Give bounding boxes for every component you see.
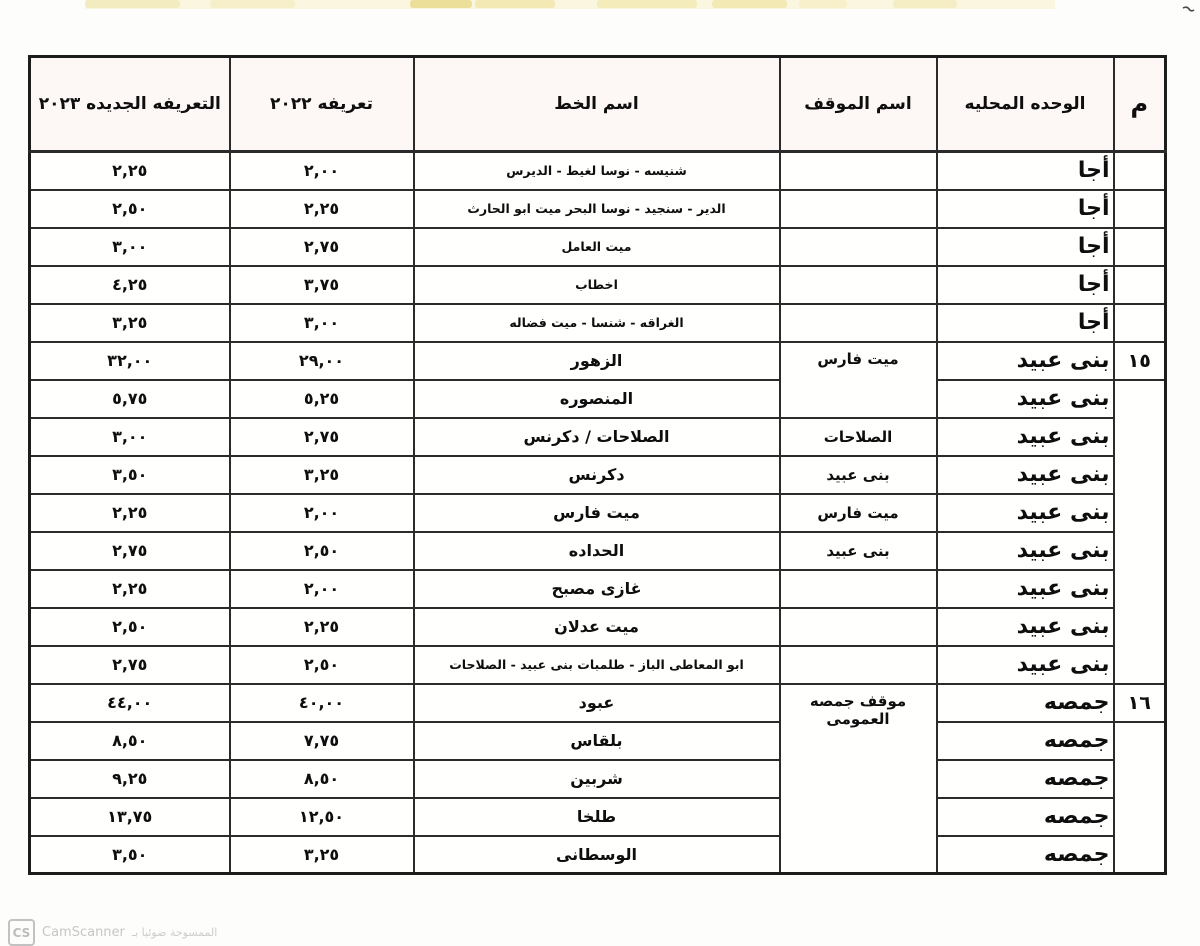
cell-line: غازى مصبح bbox=[414, 570, 780, 608]
highlight-blob bbox=[210, 0, 295, 8]
cell-unit: بنى عبيد bbox=[937, 608, 1114, 646]
cell-tariff-2022: ٢,٠٠ bbox=[230, 570, 414, 608]
cell-tariff-2023: ٢,٢٥ bbox=[30, 152, 230, 190]
cell-unit: بنى عبيد bbox=[937, 570, 1114, 608]
cell-tariff-2023: ٣,٠٠ bbox=[30, 228, 230, 266]
cell-tariff-2022: ٢٩,٠٠ bbox=[230, 342, 414, 380]
cell-unit: بنى عبيد bbox=[937, 342, 1114, 380]
cell-line: ابو المعاطى الباز - طلمبات بنى عبيد - ال… bbox=[414, 646, 780, 684]
cell-tariff-2023: ٢,٢٥ bbox=[30, 570, 230, 608]
cell-tariff-2022: ٢,٥٠ bbox=[230, 646, 414, 684]
table-row: جمصه الوسطانى ٣,٢٥ ٣,٥٠ bbox=[30, 836, 1166, 874]
cell-tariff-2023: ٨,٥٠ bbox=[30, 722, 230, 760]
cell-tariff-2023: ١٣,٧٥ bbox=[30, 798, 230, 836]
cell-stop bbox=[780, 608, 937, 646]
cell-line: دكرنس bbox=[414, 456, 780, 494]
header-row-number: م bbox=[1114, 57, 1166, 152]
cell-stop: بنى عبيد bbox=[780, 456, 937, 494]
cell-line: ميت فارس bbox=[414, 494, 780, 532]
cell-row-number bbox=[1114, 152, 1166, 190]
cell-tariff-2022: ١٢,٥٠ bbox=[230, 798, 414, 836]
cell-tariff-2023: ٤,٢٥ bbox=[30, 266, 230, 304]
header-local-unit: الوحده المحليه bbox=[937, 57, 1114, 152]
cell-unit: جمصه bbox=[937, 836, 1114, 874]
cell-tariff-2023: ٣,٥٠ bbox=[30, 836, 230, 874]
cell-stop: بنى عبيد bbox=[780, 532, 937, 570]
highlight-blob bbox=[410, 0, 472, 8]
cell-tariff-2022: ٢,٢٥ bbox=[230, 608, 414, 646]
cell-tariff-2022: ٤٠,٠٠ bbox=[230, 684, 414, 722]
cell-line: ميت عدلان bbox=[414, 608, 780, 646]
table-row: جمصه طلخا ١٢,٥٠ ١٣,٧٥ bbox=[30, 798, 1166, 836]
camscanner-arabic-label: الممسوحة ضوئيا بـ bbox=[132, 926, 217, 939]
highlight-blob bbox=[712, 0, 787, 8]
cell-tariff-2023: ٣٢,٠٠ bbox=[30, 342, 230, 380]
cell-stop bbox=[780, 304, 937, 342]
highlight-blob bbox=[475, 0, 555, 8]
table-row: جمصه بلقاس ٧,٧٥ ٨,٥٠ bbox=[30, 722, 1166, 760]
cell-stop bbox=[780, 646, 937, 684]
cell-unit: أجا bbox=[937, 152, 1114, 190]
cell-line: ميت العامل bbox=[414, 228, 780, 266]
cell-line: شربين bbox=[414, 760, 780, 798]
cell-unit: جمصه bbox=[937, 722, 1114, 760]
table-row: جمصه شربين ٨,٥٠ ٩,٢٥ bbox=[30, 760, 1166, 798]
cell-line: الغراقه - شنسا - ميت فضاله bbox=[414, 304, 780, 342]
table-row: بنى عبيد غازى مصبح ٢,٠٠ ٢,٢٥ bbox=[30, 570, 1166, 608]
cell-line: الوسطانى bbox=[414, 836, 780, 874]
highlight-strip bbox=[85, 0, 1055, 9]
cell-tariff-2023: ٩,٢٥ bbox=[30, 760, 230, 798]
cell-tariff-2023: ٥,٧٥ bbox=[30, 380, 230, 418]
cell-tariff-2022: ٣,٢٥ bbox=[230, 456, 414, 494]
cell-unit: بنى عبيد bbox=[937, 532, 1114, 570]
cell-tariff-2022: ٧,٧٥ bbox=[230, 722, 414, 760]
header-row: م الوحده المحليه اسم الموقف اسم الخط تعر… bbox=[30, 57, 1166, 152]
cell-tariff-2022: ٨,٥٠ bbox=[230, 760, 414, 798]
highlight-blob bbox=[893, 0, 957, 8]
tariff-table: م الوحده المحليه اسم الموقف اسم الخط تعر… bbox=[28, 55, 1167, 875]
table-row: بنى عبيد بنى عبيد دكرنس ٣,٢٥ ٣,٥٠ bbox=[30, 456, 1166, 494]
cell-line: الدير - سنجيد - نوسا البحر ميت ابو الحار… bbox=[414, 190, 780, 228]
cell-tariff-2023: ٣,٢٥ bbox=[30, 304, 230, 342]
cell-tariff-2023: ٢,٧٥ bbox=[30, 646, 230, 684]
cell-row-number-merged bbox=[1114, 722, 1166, 874]
highlight-blob bbox=[799, 0, 847, 8]
table-row: أجا شنيسه - نوسا لغيط - الديرس ٢,٠٠ ٢,٢٥ bbox=[30, 152, 1166, 190]
cell-unit: أجا bbox=[937, 228, 1114, 266]
cell-unit: بنى عبيد bbox=[937, 494, 1114, 532]
table-row: بنى عبيد ميت فارس ميت فارس ٢,٠٠ ٢,٢٥ bbox=[30, 494, 1166, 532]
cell-tariff-2023: ٢,٢٥ bbox=[30, 494, 230, 532]
cell-tariff-2022: ٥,٢٥ bbox=[230, 380, 414, 418]
cell-unit: جمصه bbox=[937, 684, 1114, 722]
cell-unit: جمصه bbox=[937, 760, 1114, 798]
highlight-blob bbox=[85, 0, 180, 8]
camscanner-watermark: CS CamScanner الممسوحة ضوئيا بـ bbox=[8, 919, 217, 946]
cell-tariff-2022: ٢,٠٠ bbox=[230, 494, 414, 532]
cell-tariff-2022: ٢,٢٥ bbox=[230, 190, 414, 228]
cell-unit: أجا bbox=[937, 190, 1114, 228]
cell-line: اخطاب bbox=[414, 266, 780, 304]
cell-line: الحداده bbox=[414, 532, 780, 570]
cell-row-number bbox=[1114, 228, 1166, 266]
cell-stop bbox=[780, 152, 937, 190]
cell-stop bbox=[780, 228, 937, 266]
cell-tariff-2023: ٢,٧٥ bbox=[30, 532, 230, 570]
cell-line: بلقاس bbox=[414, 722, 780, 760]
table-row: أجا الدير - سنجيد - نوسا البحر ميت ابو ا… bbox=[30, 190, 1166, 228]
cell-tariff-2022: ٣,٢٥ bbox=[230, 836, 414, 874]
cell-tariff-2022: ٢,٥٠ bbox=[230, 532, 414, 570]
cell-stop: ميت فارس bbox=[780, 342, 937, 418]
table-row: أجا الغراقه - شنسا - ميت فضاله ٣,٠٠ ٣,٢٥ bbox=[30, 304, 1166, 342]
cell-line: عبود bbox=[414, 684, 780, 722]
cell-tariff-2023: ٢,٥٠ bbox=[30, 190, 230, 228]
cell-tariff-2022: ٢,٠٠ bbox=[230, 152, 414, 190]
cell-stop: الصلاحات bbox=[780, 418, 937, 456]
cell-tariff-2022: ٢,٧٥ bbox=[230, 228, 414, 266]
cell-unit: أجا bbox=[937, 266, 1114, 304]
cell-row-number: ١٥ bbox=[1114, 342, 1166, 380]
cell-unit: بنى عبيد bbox=[937, 380, 1114, 418]
cell-row-number bbox=[1114, 190, 1166, 228]
table-row: بنى عبيد الصلاحات الصلاحات / دكرنس ٢,٧٥ … bbox=[30, 418, 1166, 456]
cell-stop: ميت فارس bbox=[780, 494, 937, 532]
header-tariff-2023: التعريفه الجديده ٢٠٢٣ bbox=[30, 57, 230, 152]
cell-tariff-2023: ٢,٥٠ bbox=[30, 608, 230, 646]
table-row: بنى عبيد ميت عدلان ٢,٢٥ ٢,٥٠ bbox=[30, 608, 1166, 646]
cell-line: المنصوره bbox=[414, 380, 780, 418]
cell-row-number-merged bbox=[1114, 380, 1166, 684]
cell-line: الصلاحات / دكرنس bbox=[414, 418, 780, 456]
highlight-blob bbox=[597, 0, 697, 8]
cell-row-number: ١٦ bbox=[1114, 684, 1166, 722]
cell-tariff-2023: ٤٤,٠٠ bbox=[30, 684, 230, 722]
cell-tariff-2022: ٣,٧٥ bbox=[230, 266, 414, 304]
header-line-name: اسم الخط bbox=[414, 57, 780, 152]
pen-tick-mark bbox=[1182, 5, 1196, 15]
cell-stop bbox=[780, 190, 937, 228]
cell-row-number bbox=[1114, 266, 1166, 304]
cell-stop bbox=[780, 266, 937, 304]
cell-unit: أجا bbox=[937, 304, 1114, 342]
scanned-document-page: م الوحده المحليه اسم الموقف اسم الخط تعر… bbox=[0, 0, 1200, 946]
cell-row-number bbox=[1114, 304, 1166, 342]
cell-tariff-2023: ٣,٠٠ bbox=[30, 418, 230, 456]
cell-tariff-2022: ٢,٧٥ bbox=[230, 418, 414, 456]
cell-stop: موقف جمصه العمومى bbox=[780, 684, 937, 874]
table-row: أجا اخطاب ٣,٧٥ ٤,٢٥ bbox=[30, 266, 1166, 304]
header-tariff-2022: تعريفه ٢٠٢٢ bbox=[230, 57, 414, 152]
table-row: ١٦ جمصه موقف جمصه العمومى عبود ٤٠,٠٠ ٤٤,… bbox=[30, 684, 1166, 722]
cell-tariff-2023: ٣,٥٠ bbox=[30, 456, 230, 494]
cell-line: شنيسه - نوسا لغيط - الديرس bbox=[414, 152, 780, 190]
cell-stop bbox=[780, 570, 937, 608]
table-row: ١٥ بنى عبيد ميت فارس الزهور ٢٩,٠٠ ٣٢,٠٠ bbox=[30, 342, 1166, 380]
cell-unit: جمصه bbox=[937, 798, 1114, 836]
cell-unit: بنى عبيد bbox=[937, 456, 1114, 494]
table-row: بنى عبيد ابو المعاطى الباز - طلمبات بنى … bbox=[30, 646, 1166, 684]
table-row: أجا ميت العامل ٢,٧٥ ٣,٠٠ bbox=[30, 228, 1166, 266]
cell-unit: بنى عبيد bbox=[937, 646, 1114, 684]
cell-line: الزهور bbox=[414, 342, 780, 380]
header-stop-name: اسم الموقف bbox=[780, 57, 937, 152]
camscanner-brand-text: CamScanner bbox=[42, 925, 125, 940]
cell-line: طلخا bbox=[414, 798, 780, 836]
table-row: بنى عبيد بنى عبيد الحداده ٢,٥٠ ٢,٧٥ bbox=[30, 532, 1166, 570]
table-row: بنى عبيد المنصوره ٥,٢٥ ٥,٧٥ bbox=[30, 380, 1166, 418]
cell-unit: بنى عبيد bbox=[937, 418, 1114, 456]
camscanner-logo-icon: CS bbox=[8, 919, 35, 946]
cell-tariff-2022: ٣,٠٠ bbox=[230, 304, 414, 342]
